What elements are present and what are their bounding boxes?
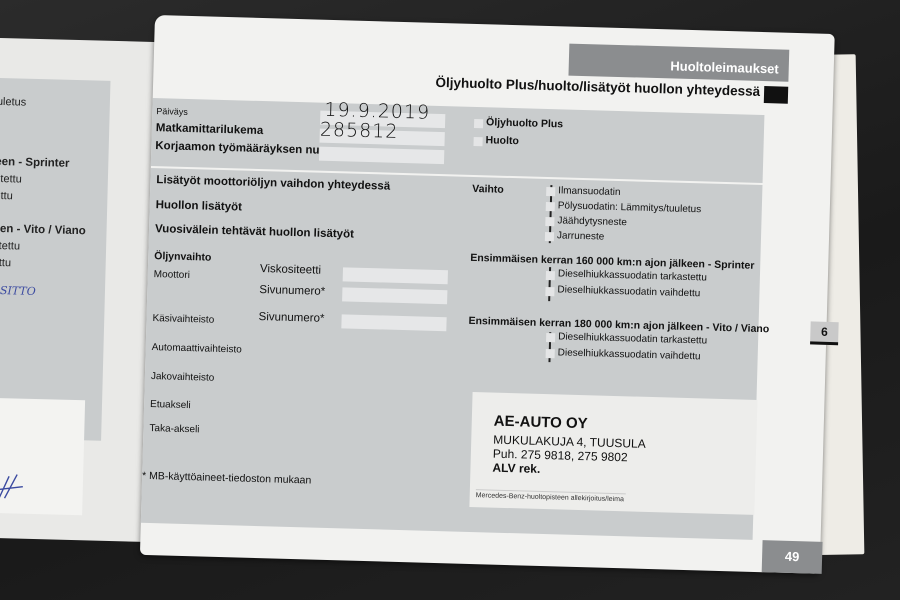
replacement-item: Ilmansuodatin [558,185,621,198]
extra-work-heading-1: Lisätyöt moottoriöljyn vaihdon yhteydess… [156,174,390,193]
replacement-item: Pölysuodatin: Lämmitys/tuuletus [558,200,702,215]
sprinter-heading: Ensimmäisen kerran 160 000 km:n ajon jäl… [470,252,754,272]
title-marker [764,86,788,104]
page-number-field-1[interactable] [342,287,447,304]
brake-fluid-checkbox[interactable] [545,232,554,241]
service-label: Huolto [485,134,519,147]
oil-item: Taka-akseli [149,423,199,435]
stamp-vat: ALV rek. [492,461,540,476]
left-line: ettu [0,257,11,269]
left-line: stettu [0,240,20,253]
left-page-panel: uletus een - Sprinter stettu ettu een - … [0,78,110,441]
left-line: stettu [0,173,22,186]
left-line: ettu [0,190,13,202]
sprinter-dpf-checked-checkbox[interactable] [546,271,555,280]
oil-item: Käsivaihteisto [152,313,214,326]
stamp-company: AE-AUTO OY [494,413,588,433]
oil-service-plus-checkbox[interactable] [474,119,483,128]
replacement-item: Jarruneste [557,230,605,242]
pollen-filter-checkbox[interactable] [546,202,555,211]
vito-dpf-replaced-checkbox[interactable] [546,349,555,358]
page-number-label-2: Sivunumero* [258,311,324,325]
left-line: een - Vito / Viano [0,223,86,237]
signature-caption: Mercedes-Benz-huoltopisteen allekirjoitu… [476,489,626,503]
vito-dpf-checked-checkbox[interactable] [546,333,555,342]
extra-work-heading-2: Huollon lisätyöt [156,199,243,213]
page-number-field-2[interactable] [341,314,446,331]
vito-item: Dieselhiukkassuodatin tarkastettu [558,331,707,346]
vito-item: Dieselhiukkassuodatin vaihdettu [558,347,701,362]
replacement-label: Vaihto [472,183,504,196]
replacement-item: Jäähdytysneste [557,215,627,228]
oil-item: Jakovaihteisto [151,371,215,384]
extra-work-heading-3: Vuosivälein tehtävät huollon lisätyöt [155,223,354,241]
page-number: 49 [762,540,823,574]
sprinter-item: Dieselhiukkassuodatin vaihdettu [557,284,700,299]
signature-scribble-icon [0,468,35,509]
chapter-tab: 6 [810,321,839,345]
date-label: Päiväys [156,106,188,117]
odometer-value: 285812 [320,119,399,143]
sprinter-item: Dieselhiukkassuodatin tarkastettu [558,268,707,283]
coolant-checkbox[interactable] [545,217,554,226]
page-number-label-1: Sivunumero* [259,284,325,298]
service-checkbox[interactable] [473,137,482,146]
left-line: een - Sprinter [0,156,70,170]
air-filter-checkbox[interactable] [546,187,555,196]
viscosity-label: Viskositeetti [260,263,321,277]
section-tab: Huoltoleimaukset [568,44,789,82]
sprinter-dpf-replaced-checkbox[interactable] [545,287,554,296]
oil-service-plus-label: Öljyhuolto Plus [486,116,563,130]
handwriting: SITTO [0,284,36,298]
oil-item: Automaattivaihteisto [152,342,242,356]
footnote: * MB-käyttöaineet-tiedoston mukaan [142,470,312,487]
oil-item: Moottori [154,269,190,281]
dealer-stamp-box: AE-AUTO OY MUKULAKUJA 4, TUUSULA Puh. 27… [469,392,757,515]
oil-item: Etuakseli [150,399,191,411]
left-line: uletus [0,96,26,109]
logbook-page: Huoltoleimaukset Öljyhuolto Plus/huolto/… [140,15,835,574]
oil-change-label: Öljynvaihto [154,250,212,264]
viscosity-field[interactable] [343,267,448,284]
work-order-field[interactable] [319,147,444,164]
left-stamp-area [0,398,85,516]
odometer-label: Matkamittarilukema [156,122,264,137]
